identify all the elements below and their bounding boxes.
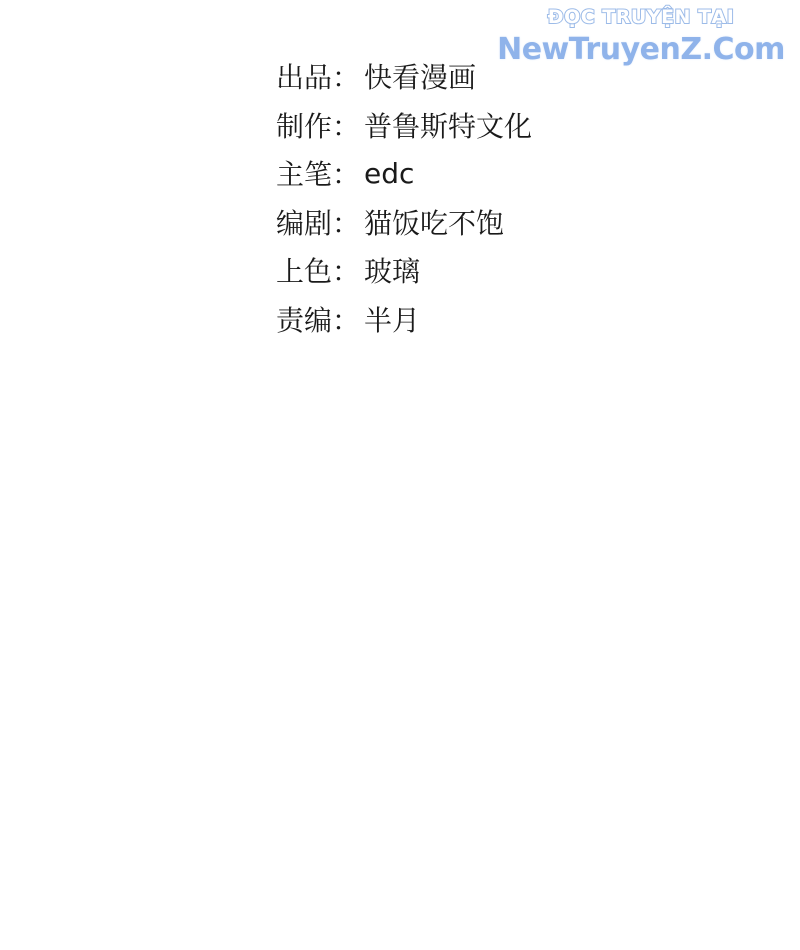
credit-value: edc bbox=[364, 157, 414, 190]
credit-value: 普鲁斯特文化 bbox=[364, 105, 532, 145]
credit-row-writer: 编剧： 猫饭吃不饱 bbox=[276, 198, 532, 247]
credit-row-production: 制作： 普鲁斯特文化 bbox=[276, 101, 532, 150]
credit-row-colorist: 上色： 玻璃 bbox=[276, 246, 532, 295]
credit-label: 编剧： bbox=[276, 202, 364, 242]
credit-row-publisher: 出品： 快看漫画 bbox=[276, 52, 532, 101]
credit-row-editor: 责编： 半月 bbox=[276, 295, 532, 344]
credit-label: 出品： bbox=[276, 56, 364, 96]
credit-label: 上色： bbox=[276, 250, 364, 290]
credit-label: 制作： bbox=[276, 105, 364, 145]
site-watermark: ĐỌC TRUYỆN TẠI NewTruyenZ.Com bbox=[486, 4, 796, 70]
credits-list: 出品： 快看漫画 制作： 普鲁斯特文化 主笔： edc 编剧： 猫饭吃不饱 上色… bbox=[276, 52, 532, 343]
watermark-tagline: ĐỌC TRUYỆN TẠI bbox=[486, 4, 796, 30]
credit-value: 半月 bbox=[364, 299, 420, 339]
credit-row-lead-artist: 主笔： edc bbox=[276, 149, 532, 198]
credit-label: 责编： bbox=[276, 299, 364, 339]
credit-label: 主笔： bbox=[276, 153, 364, 193]
watermark-site-name: NewTruyenZ.Com bbox=[486, 30, 796, 70]
credit-value: 快看漫画 bbox=[364, 56, 476, 96]
credit-value: 猫饭吃不饱 bbox=[364, 202, 504, 242]
credit-value: 玻璃 bbox=[364, 250, 420, 290]
